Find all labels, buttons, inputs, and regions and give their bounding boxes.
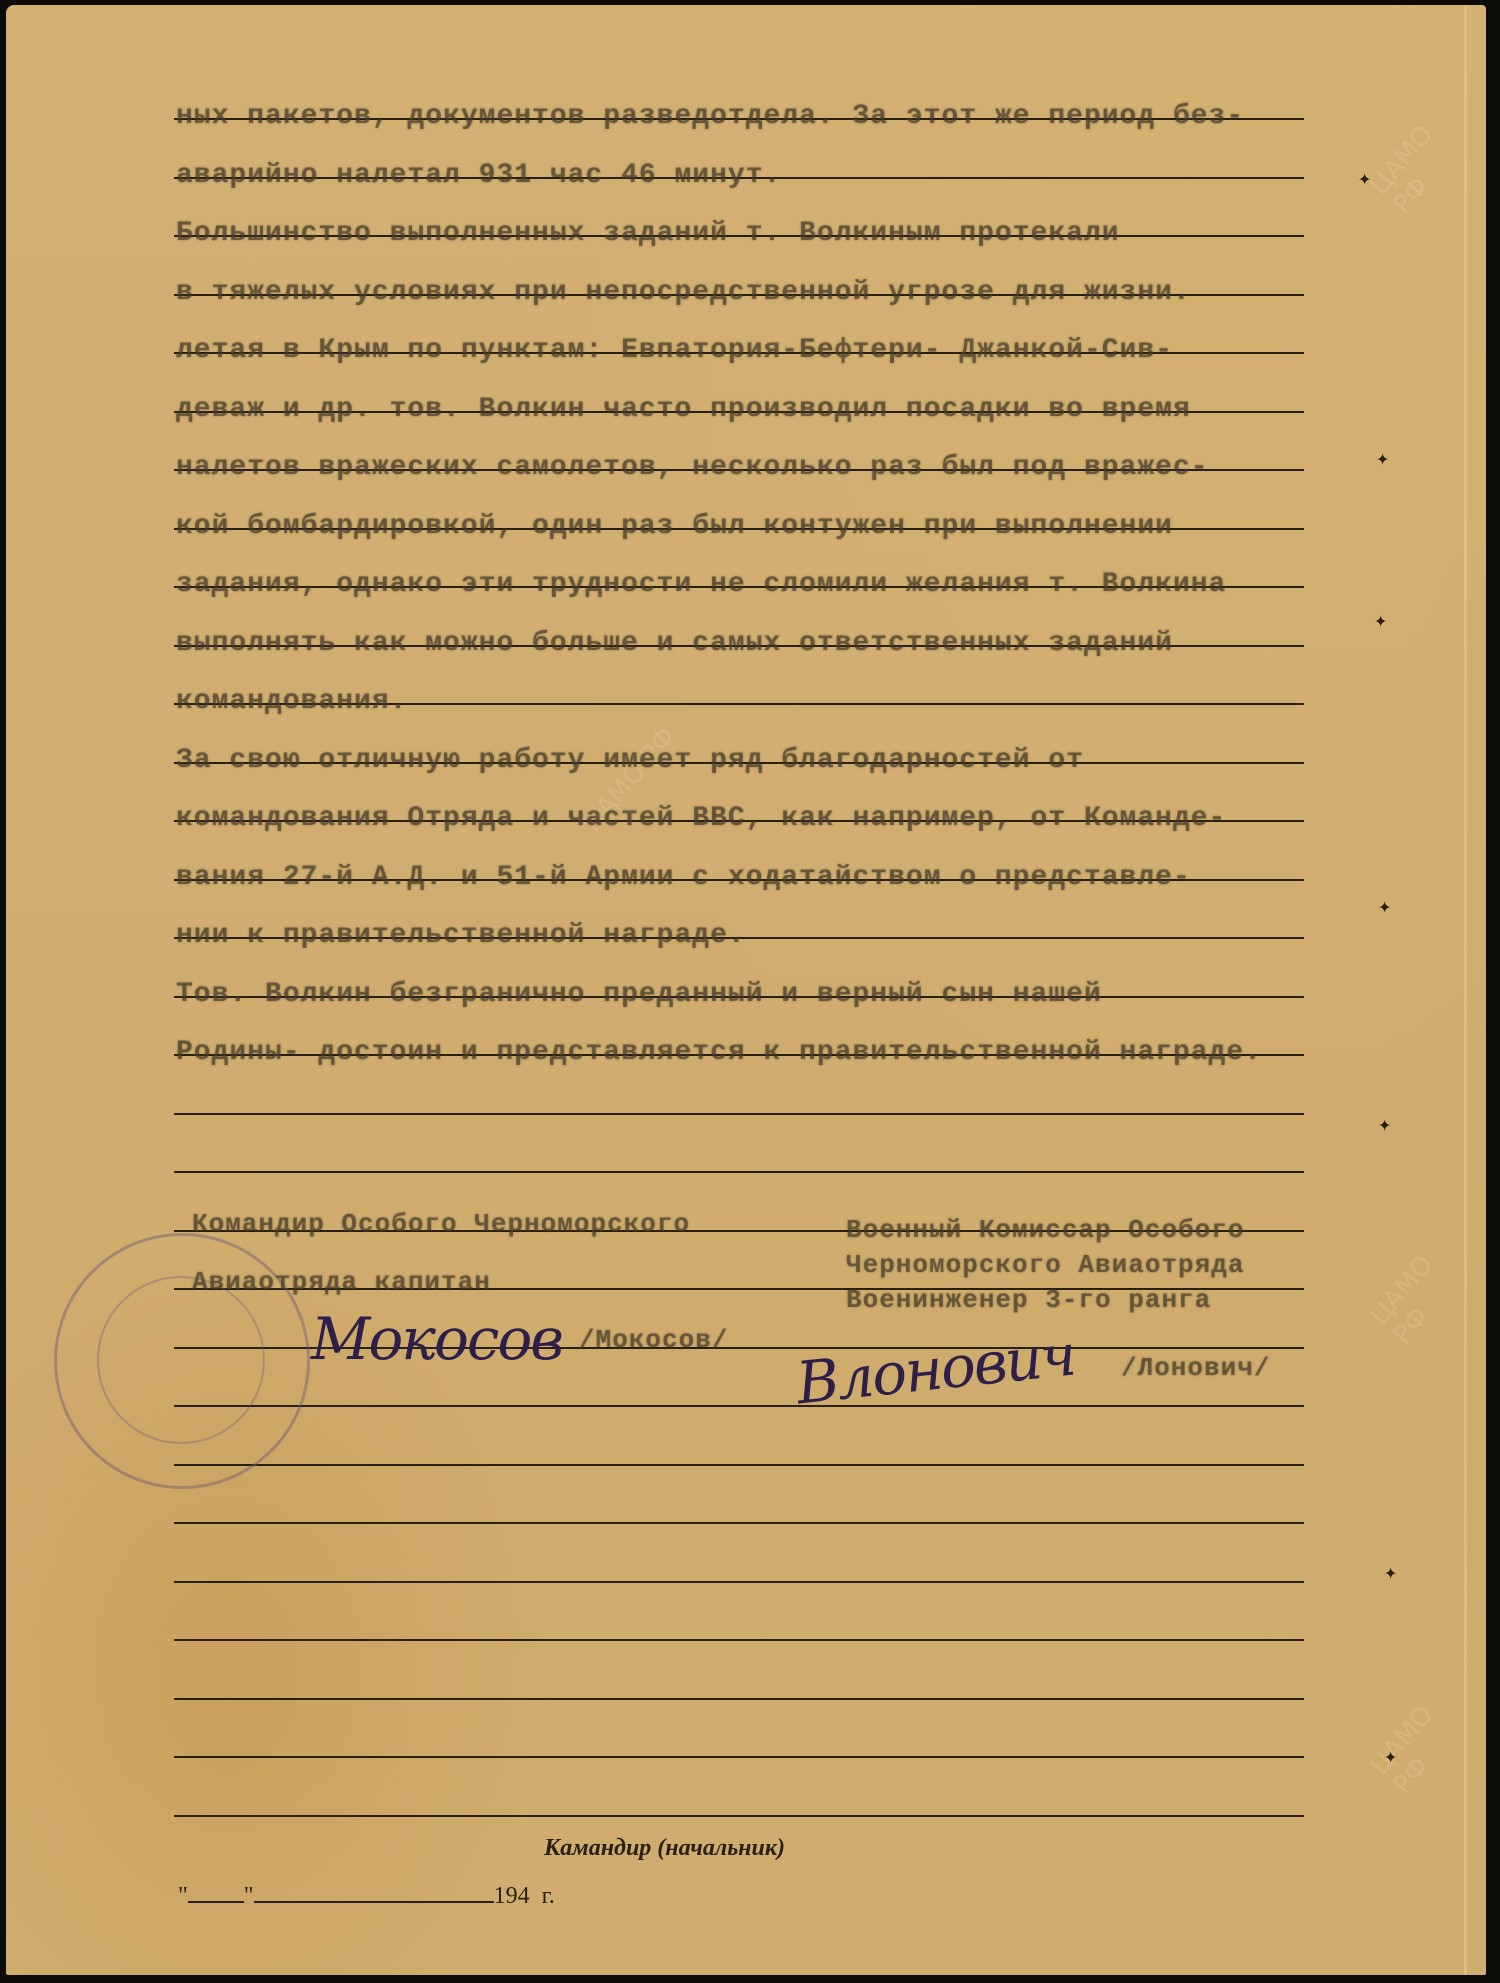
- typed-line: аварийно налетал 931 час 46 минут.: [176, 160, 781, 191]
- stamp-emblem: [97, 1276, 265, 1444]
- binding-hole: ✦: [1384, 1753, 1394, 1763]
- typed-line: выполнять как можно больше и самых ответ…: [176, 628, 1173, 659]
- binding-hole: ✦: [1358, 175, 1368, 185]
- typed-line: вания 27-й А.Д. и 51-й Армии с ходатайст…: [176, 862, 1191, 893]
- ruled-line: [174, 1815, 1304, 1817]
- right-handwritten-signature: Влонович: [793, 1321, 1077, 1418]
- left-signatory-title-1: Командир Особого Черноморского: [192, 1209, 690, 1239]
- typed-line: командования.: [176, 686, 407, 717]
- ruled-line: [174, 1581, 1304, 1583]
- right-signatory-title-3: Военинженер 3-го ранга: [846, 1285, 1211, 1315]
- left-signatory-title-2: Авиаотряда капитан: [192, 1267, 491, 1297]
- typed-line: задания, однако эти трудности не сломили…: [176, 569, 1226, 600]
- typed-line: кой бомбардировкой, один раз был контуже…: [176, 511, 1173, 542]
- date-month-blank[interactable]: [254, 1901, 494, 1903]
- typed-line: деваж и др. тов. Волкин часто производил…: [176, 394, 1191, 425]
- ruled-line: [174, 1698, 1304, 1700]
- archive-watermark: ЦАМО РФ: [1364, 1220, 1487, 1350]
- date-day-blank[interactable]: [188, 1901, 244, 1903]
- typed-line: Большинство выполненных заданий т. Волки…: [176, 218, 1120, 249]
- right-signatory-title-1: Военный Комиссар Особого: [846, 1215, 1244, 1245]
- typed-line: Тов. Волкин безгранично преданный и верн…: [176, 979, 1102, 1010]
- ruled-line: [174, 1756, 1304, 1758]
- right-signatory-name: /Лонович/: [1121, 1353, 1270, 1383]
- typed-line: Родины- достоин и представляется к прави…: [176, 1037, 1262, 1068]
- ruled-line: [174, 1113, 1304, 1115]
- typed-line: нии к правительственной награде.: [176, 920, 746, 951]
- ruled-line: [174, 1639, 1304, 1641]
- page-fold: [1464, 5, 1467, 1975]
- left-handwritten-signature: Мокосов: [311, 1305, 562, 1373]
- binding-hole: ✦: [1374, 617, 1384, 627]
- date-open-quote: ": [178, 1883, 188, 1909]
- ruled-line: [174, 1171, 1304, 1173]
- ruled-line: [174, 1405, 1304, 1407]
- year-suffix: г.: [542, 1883, 555, 1909]
- date-close-quote: ": [244, 1883, 254, 1909]
- typed-line: в тяжелых условиях при непосредственной …: [176, 277, 1191, 308]
- binding-hole: ✦: [1384, 1569, 1394, 1579]
- ruled-line: [174, 1464, 1304, 1466]
- typed-line: летая в Крым по пунктам: Евпатория-Бефте…: [176, 335, 1173, 366]
- year-prefix: 194: [494, 1883, 530, 1909]
- binding-hole: ✦: [1378, 1121, 1388, 1131]
- document-page: ЦАМО РФ ЦАМО РФ ЦАМО РФ ЦАМО РФ ных паке…: [6, 5, 1486, 1975]
- commander-label: Камандир (начальник): [544, 1835, 785, 1862]
- date-field: ""194 г.: [178, 1883, 555, 1910]
- binding-hole: ✦: [1378, 903, 1388, 913]
- typed-line: командования Отряда и частей ВВС, как на…: [176, 803, 1226, 834]
- archive-watermark: ЦАМО РФ: [1364, 1670, 1487, 1800]
- right-signatory-title-2: Черноморского Авиаотряда: [846, 1250, 1244, 1280]
- archive-watermark: ЦАМО РФ: [1364, 90, 1487, 220]
- typed-line: За свою отличную работу имеет ряд благод…: [176, 745, 1084, 776]
- typed-line: налетов вражеских самолетов, несколько р…: [176, 452, 1209, 483]
- typed-line: ных пакетов, документов разведотдела. За…: [176, 101, 1244, 132]
- binding-hole: ✦: [1376, 455, 1386, 465]
- left-signatory-name: /Мокосов/: [579, 1325, 728, 1355]
- ruled-line: [174, 1522, 1304, 1524]
